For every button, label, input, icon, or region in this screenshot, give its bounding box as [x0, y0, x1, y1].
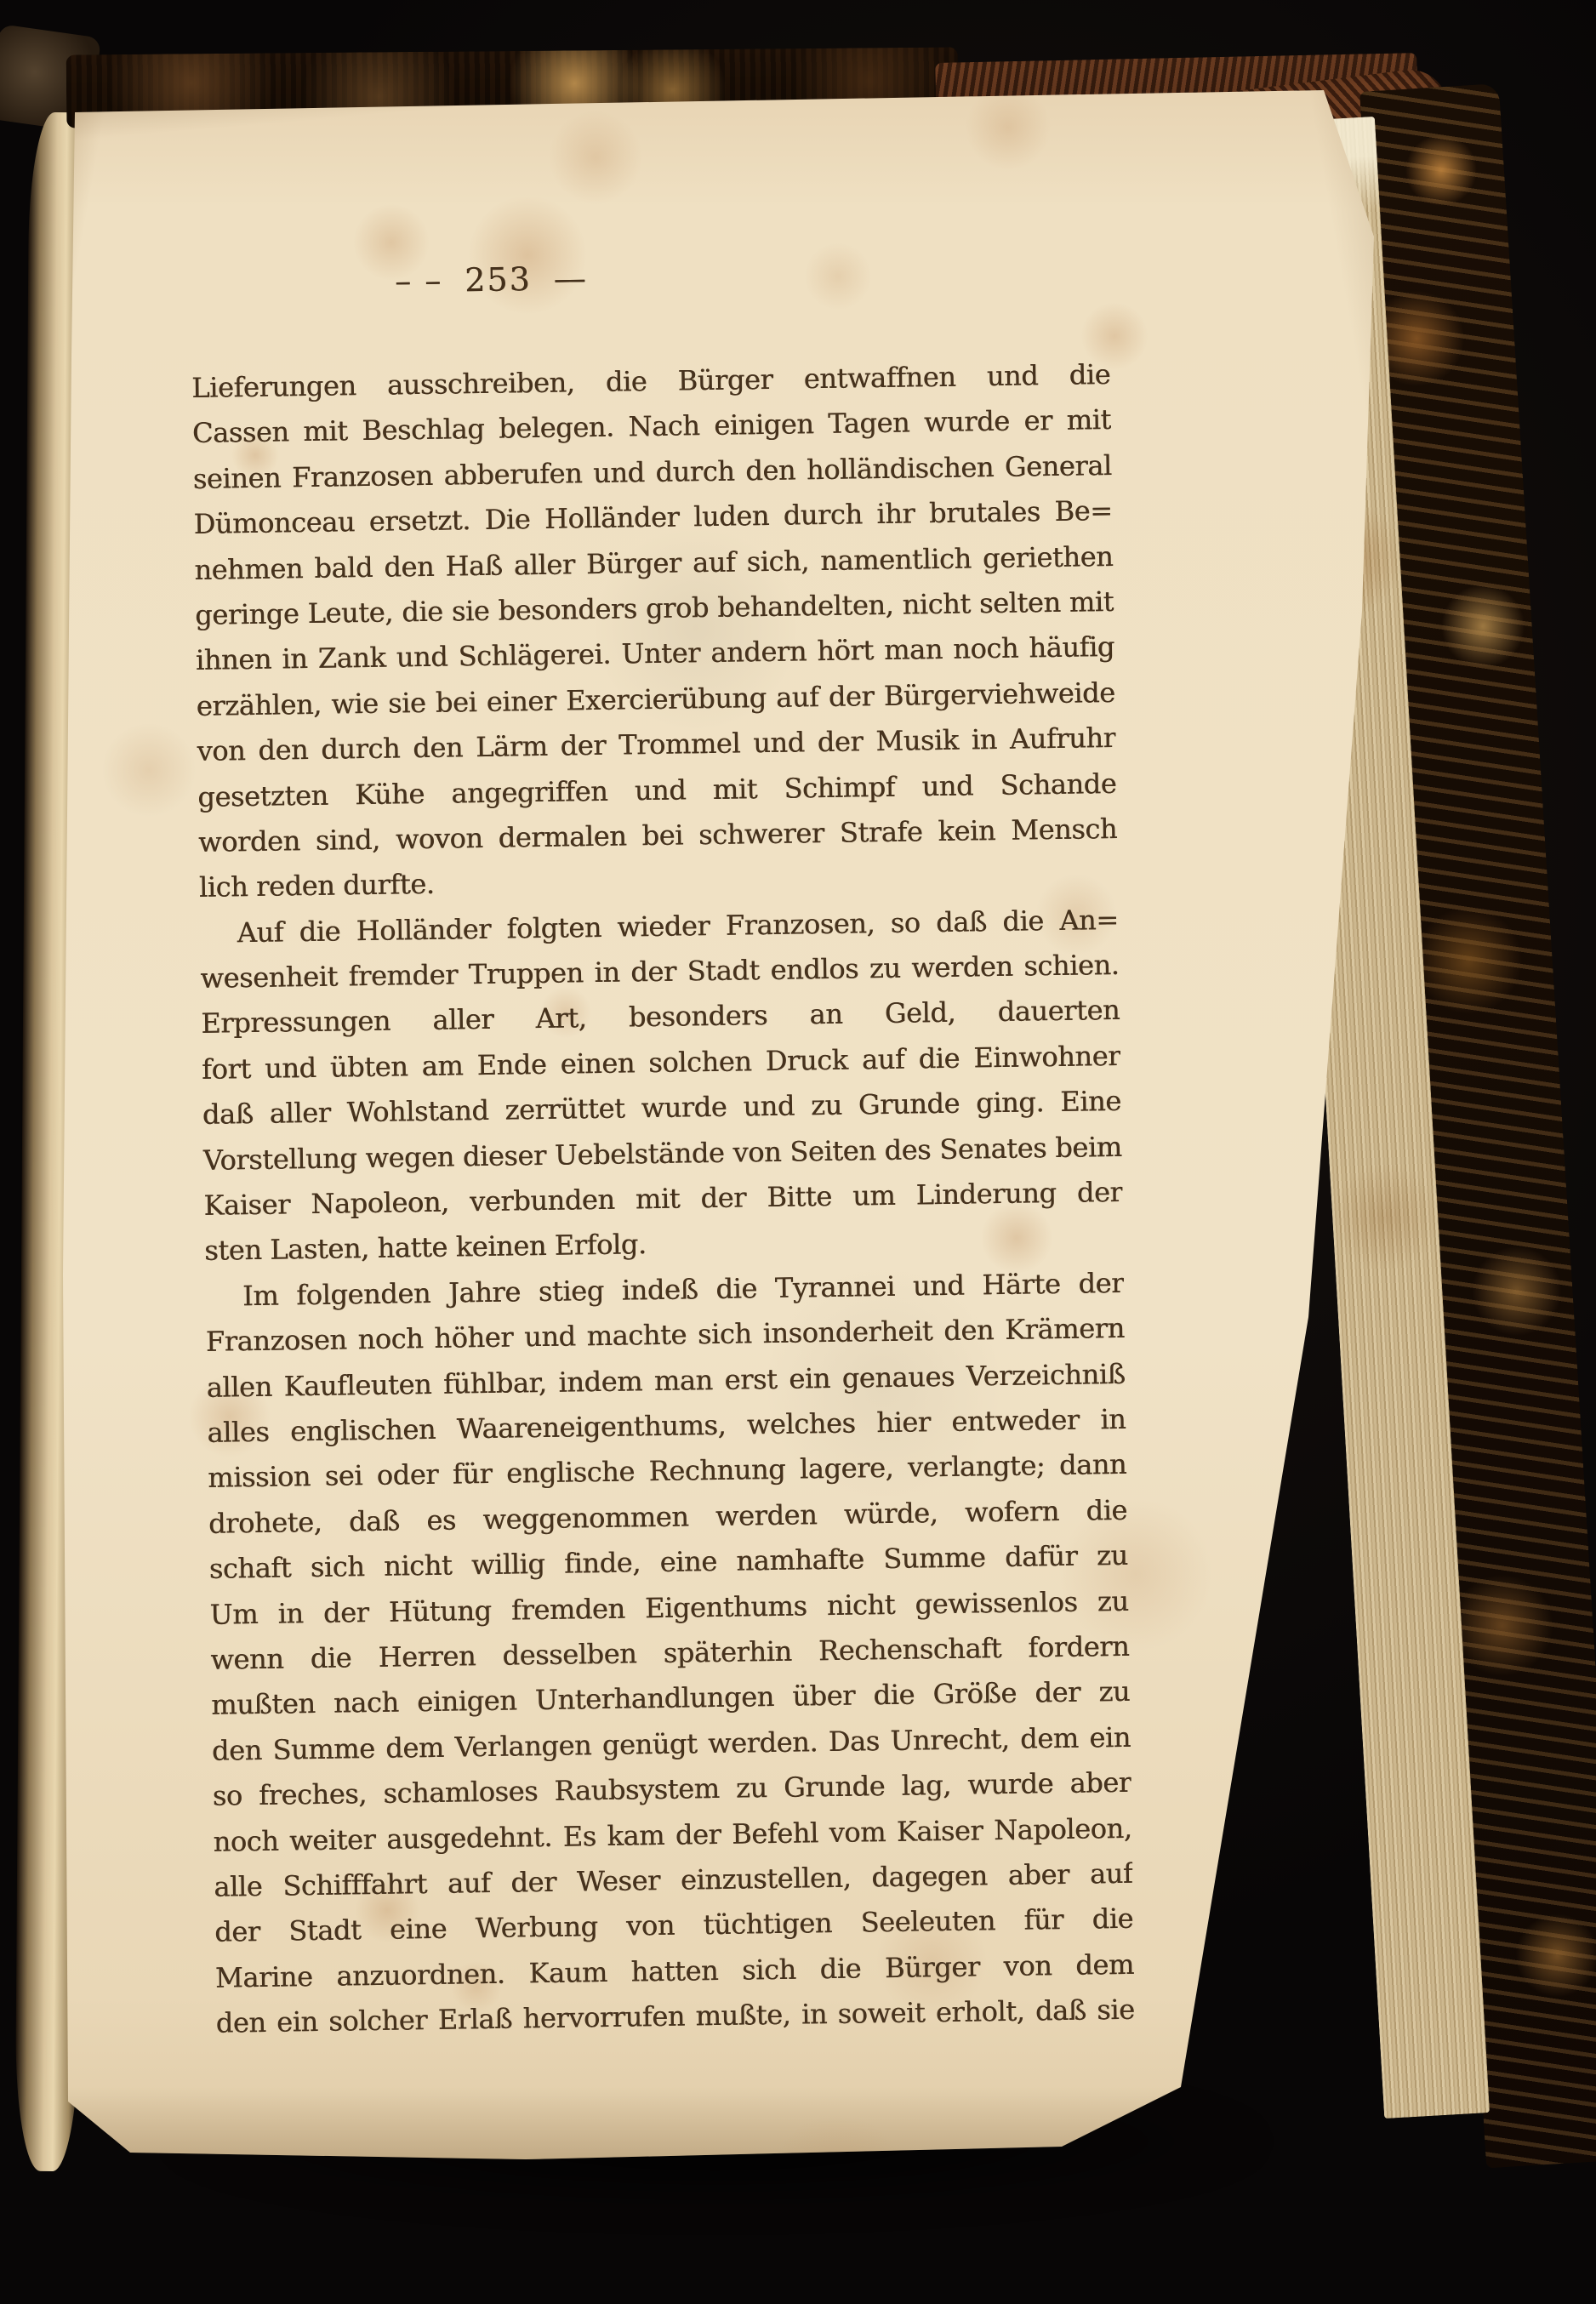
- text-block: – – 253 — Lieferungen ausschreiben, die …: [190, 247, 1109, 260]
- page-number: 253: [465, 260, 532, 299]
- book-page: – – 253 — Lieferungen ausschreiben, die …: [49, 83, 1402, 2164]
- header-left-dash: – –: [395, 262, 443, 300]
- book-photograph: – – 253 — Lieferungen ausschreiben, die …: [0, 0, 1596, 2304]
- lines: Lieferungen ausschreiben, die Bürger ent…: [191, 352, 1135, 2046]
- page-header: – – 253 —: [321, 259, 662, 301]
- header-right-dash: —: [553, 259, 588, 298]
